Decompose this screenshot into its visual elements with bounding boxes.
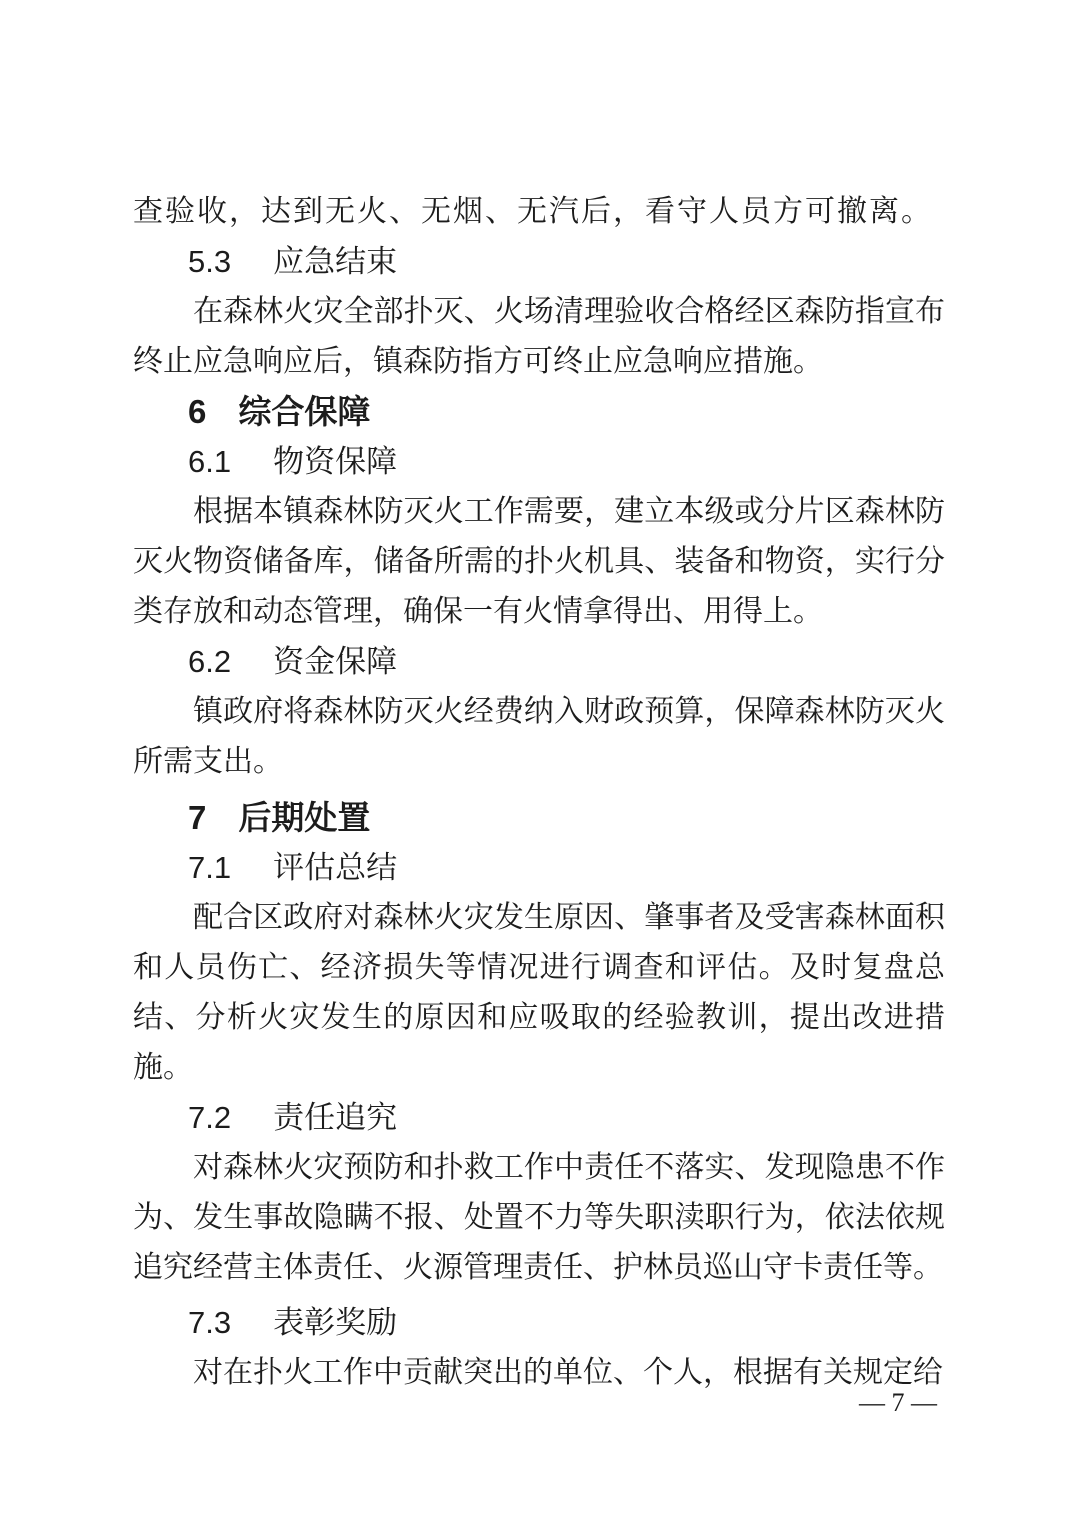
heading-title: 资金保障 <box>273 644 397 679</box>
subsection-heading-5-3: 5.3应急结束 <box>133 237 945 287</box>
heading-title: 物资保障 <box>273 444 397 479</box>
paragraph: 对森林火灾预防和扑救工作中责任不落实、发现隐患不作为、发生事故隐瞒不报、处置不力… <box>133 1143 945 1293</box>
subsection-heading-7-3: 7.3表彰奖励 <box>133 1298 945 1348</box>
subsection-heading-6-2: 6.2资金保障 <box>133 637 945 687</box>
subsection-heading-7-2: 7.2责任追究 <box>133 1093 945 1143</box>
heading-title: 表彰奖励 <box>273 1305 397 1340</box>
document-page: 查验收，达到无火、无烟、无汽后，看守人员方可撤离。 5.3应急结束 在森林火灾全… <box>0 0 1074 1520</box>
heading-number: 7.1 <box>188 843 231 893</box>
page-number: — 7 — <box>859 1388 937 1418</box>
heading-number: 6.2 <box>188 637 231 687</box>
paragraph: 在森林火灾全部扑灭、火场清理验收合格经区森防指宣布终止应急响应后，镇森防指方可终… <box>133 287 945 387</box>
heading-number: 7 <box>188 793 206 843</box>
heading-number: 7.3 <box>188 1298 231 1348</box>
heading-number: 5.3 <box>188 237 231 287</box>
paragraph: 查验收，达到无火、无烟、无汽后，看守人员方可撤离。 <box>133 187 945 237</box>
heading-number: 6.1 <box>188 437 231 487</box>
paragraph: 镇政府将森林防灭火经费纳入财政预算，保障森林防灭火所需支出。 <box>133 687 945 787</box>
paragraph: 根据本镇森林防灭火工作需要，建立本级或分片区森林防灭火物资储备库，储备所需的扑火… <box>133 487 945 637</box>
paragraph: 配合区政府对森林火灾发生原因、肇事者及受害森林面积和人员伤亡、经济损失等情况进行… <box>133 893 945 1093</box>
heading-title: 综合保障 <box>238 393 370 430</box>
document-body: 查验收，达到无火、无烟、无汽后，看守人员方可撤离。 5.3应急结束 在森林火灾全… <box>133 187 945 1398</box>
heading-title: 责任追究 <box>273 1100 397 1135</box>
section-heading-6: 6综合保障 <box>133 387 945 437</box>
section-heading-7: 7后期处置 <box>133 793 945 843</box>
subsection-heading-6-1: 6.1物资保障 <box>133 437 945 487</box>
heading-title: 后期处置 <box>238 799 370 836</box>
heading-number: 6 <box>188 387 206 437</box>
heading-number: 7.2 <box>188 1093 231 1143</box>
paragraph: 对在扑火工作中贡献突出的单位、个人，根据有关规定给 <box>133 1348 945 1398</box>
heading-title: 应急结束 <box>273 244 397 279</box>
heading-title: 评估总结 <box>273 850 397 885</box>
subsection-heading-7-1: 7.1评估总结 <box>133 843 945 893</box>
